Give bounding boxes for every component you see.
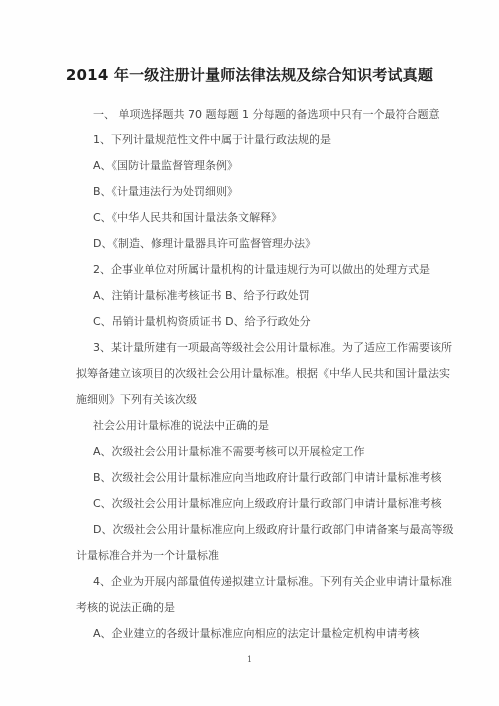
question-1-option-a: A、《国防计量监督管理条例》: [93, 157, 238, 173]
question-3-stem-line-3: 施细则》下列有关该次级: [76, 391, 197, 407]
question-1-option-b: B、《计量违法行为处罚细则》: [93, 183, 238, 199]
question-1-option-d: D、《制造、修理计量器具许可监督管理办法》: [93, 235, 316, 251]
question-4-stem-line-2: 考核的说法正确的是: [76, 599, 175, 615]
page-number: 1: [0, 655, 499, 664]
question-3-option-a: A、次级社会公用计量标准不需要考核可以开展检定工作: [93, 443, 365, 459]
question-2-options-ab: A、注销计量标准考核证书 B、给予行政处罚: [93, 287, 310, 303]
question-3-stem-line-1: 3、某计量所建有一项最高等级社会公用计量标准。为了适应工作需要该所: [93, 339, 452, 355]
question-3-option-c: C、次级社会公用计量标准应向上级政府计量行政部门申请计量标准考核: [93, 495, 442, 511]
question-3-option-d: D、次级社会公用计量标准应向上级政府计量行政部门申请备案与最高等级: [93, 521, 453, 537]
document-page: 2014 年一级注册计量师法律法规及综合知识考试真题 一、 单项选择题共 70 …: [0, 0, 499, 706]
question-3-option-d-cont: 计量标准合并为一个计量标准: [76, 547, 219, 563]
question-4-option-a: A、企业建立的各级计量标准应向相应的法定计量检定机构申请考核: [93, 625, 420, 641]
question-3-option-b: B、次级社会公用计量标准应向当地政府计量行政部门申请计量标准考核: [93, 469, 442, 485]
question-4-stem-line-1: 4、企业为开展内部量值传递拟建立计量标准。下列有关企业申请计量标准: [93, 573, 452, 589]
question-3-stem-line-2: 拟筹备建立该项目的次级社会公用计量标准。根据《中华人民共和国计量法实: [76, 365, 450, 381]
question-2-options-cd: C、吊销计量机构资质证书 D、给予行政处分: [93, 313, 311, 329]
question-1-option-c: C、《中华人民共和国计量法条文解释》: [93, 209, 282, 225]
document-title: 2014 年一级注册计量师法律法规及综合知识考试真题: [0, 64, 499, 85]
question-3-stem-line-4: 社会公用计量标准的说法中正确的是: [93, 417, 269, 433]
section-heading: 一、 单项选择题共 70 题每题 1 分每题的备选项中只有一个最符合题意: [93, 106, 439, 122]
question-1-stem: 1、下列计量规范性文件中属于计量行政法规的是: [93, 131, 331, 147]
question-2-stem: 2、企事业单位对所属计量机构的计量违规行为可以做出的处理方式是: [93, 261, 430, 277]
